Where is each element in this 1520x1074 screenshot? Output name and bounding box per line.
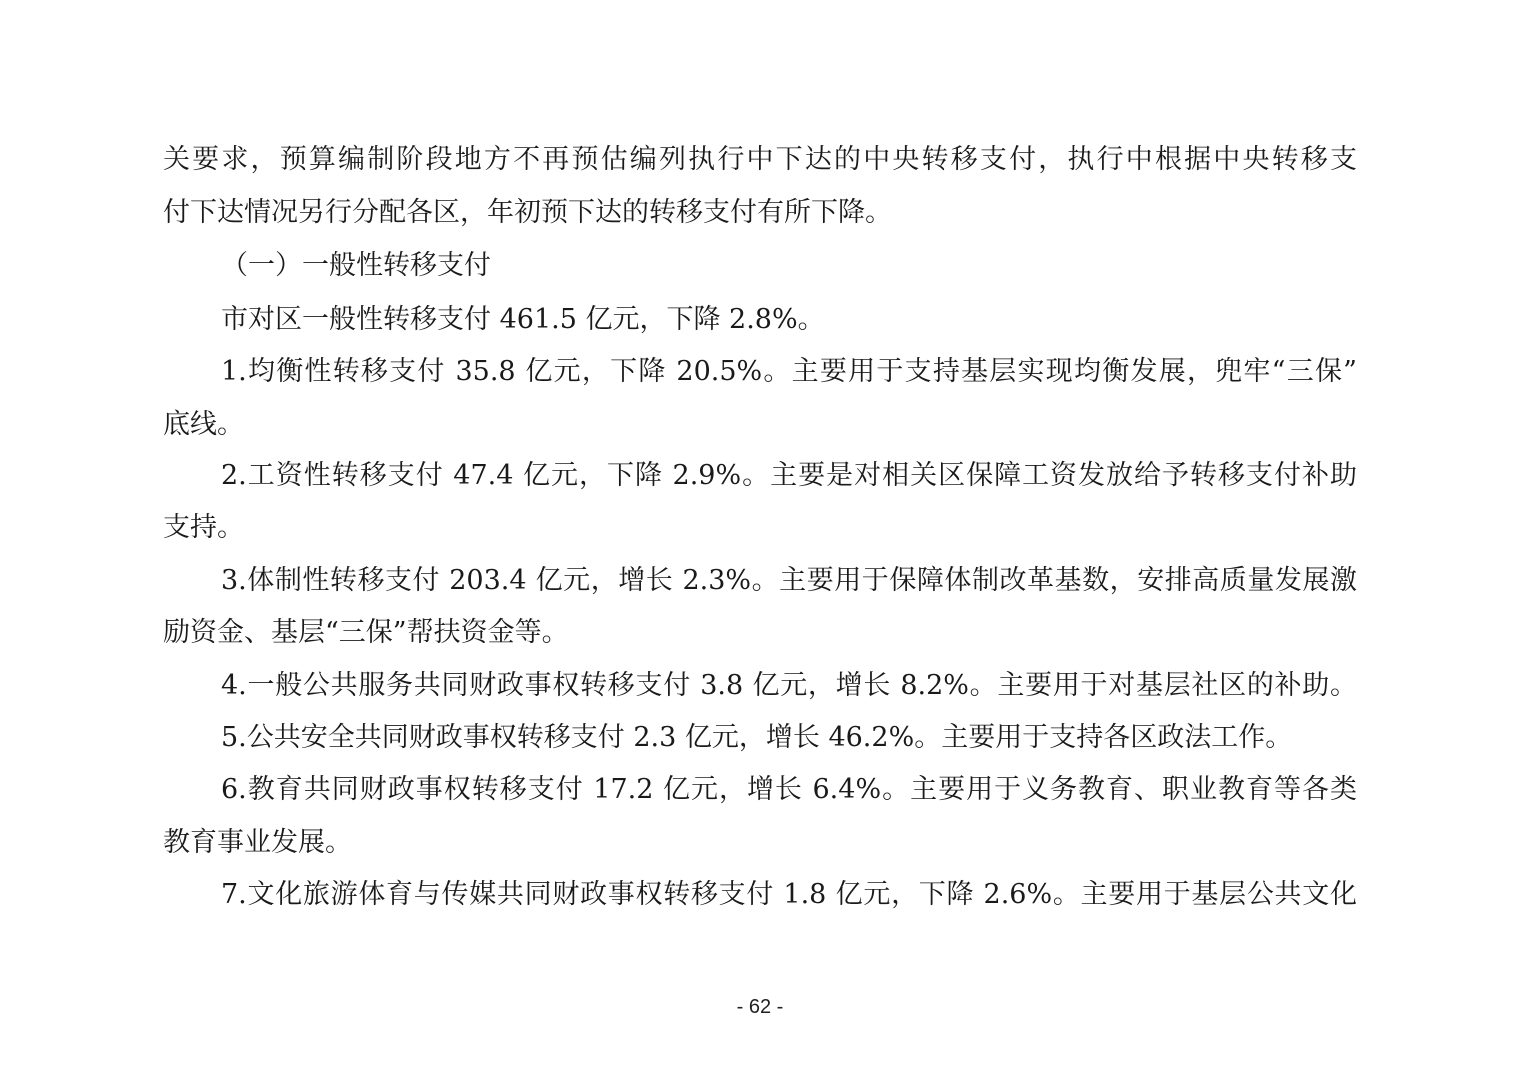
section-heading: （一）一般性转移支付	[221, 240, 1415, 292]
summary-paragraph: 市对区一般性转移支付 461.5 亿元，下降 2.8%。	[221, 294, 1357, 346]
item-5-line-1: 5.公共安全共同财政事权转移支付 2.3 亿元，增长 46.2%。主要用于支持各…	[221, 712, 1357, 764]
intro-line-1: 关要求，预算编制阶段地方不再预估编列执行中下达的中央转移支付，执行中根据中央转移…	[163, 134, 1357, 186]
item-1-line-1: 1.均衡性转移支付 35.8 亿元，下降 20.5%。主要用于支持基层实现均衡发…	[221, 346, 1357, 398]
item-2-line-2: 支持。	[163, 502, 1357, 554]
item-4-line-1: 4.一般公共服务共同财政事权转移支付 3.8 亿元，增长 8.2%。主要用于对基…	[221, 660, 1357, 712]
item-7-line-1: 7.文化旅游体育与传媒共同财政事权转移支付 1.8 亿元，下降 2.6%。主要用…	[221, 869, 1357, 921]
page-number: - 62 -	[0, 996, 1520, 1019]
item-6-line-2: 教育事业发展。	[163, 817, 1357, 869]
item-6-line-1: 6.教育共同财政事权转移支付 17.2 亿元，增长 6.4%。主要用于义务教育、…	[221, 764, 1357, 816]
item-2-line-1: 2.工资性转移支付 47.4 亿元，下降 2.9%。主要是对相关区保障工资发放给…	[221, 450, 1357, 502]
item-1-line-2: 底线。	[163, 399, 1357, 451]
document-page: 关要求，预算编制阶段地方不再预估编列执行中下达的中央转移支付，执行中根据中央转移…	[0, 0, 1520, 1074]
item-3-line-1: 3.体制性转移支付 203.4 亿元，增长 2.3%。主要用于保障体制改革基数，…	[221, 555, 1357, 607]
item-3-line-2: 励资金、基层“三保”帮扶资金等。	[163, 607, 1357, 659]
intro-line-2: 付下达情况另行分配各区，年初预下达的转移支付有所下降。	[163, 187, 1357, 239]
